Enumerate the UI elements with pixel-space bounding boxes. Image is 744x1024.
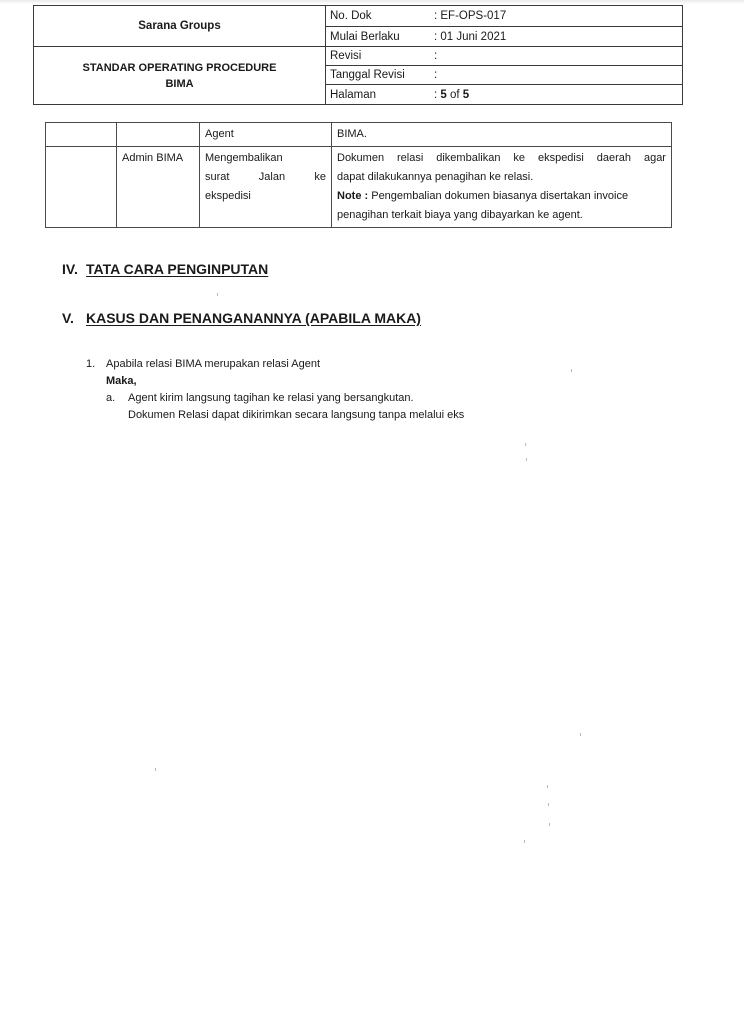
meta-value: : [426, 50, 437, 62]
description-note: Note : Pengembalian dokumen biasanya dis… [337, 187, 666, 206]
word: Jalan [259, 168, 285, 187]
action-letter: a. [106, 390, 128, 407]
word: daerah [597, 149, 631, 168]
scan-speck [580, 733, 581, 736]
action-continuation: Dokumen Relasi dapat dikirimkan secara l… [86, 407, 464, 424]
case-item: 1. Apabila relasi BIMA merupakan relasi … [86, 356, 464, 373]
word: relasi [397, 149, 423, 168]
case-list: 1. Apabila relasi BIMA merupakan relasi … [86, 356, 464, 424]
meta-label: Halaman [326, 89, 426, 101]
word: Dokumen [337, 149, 384, 168]
scan-speck [525, 443, 526, 446]
meta-value: : EF-OPS-017 [426, 10, 506, 22]
section-title: KASUS DAN PENANGANANNYA (APABILA MAKA) [86, 310, 421, 326]
meta-value: : [426, 69, 437, 81]
case-action: a. Agent kirim langsung tagihan ke relas… [86, 390, 464, 407]
word: agar [644, 149, 666, 168]
table-row: Admin BIMA Mengembalikan surat Jalan ke … [46, 147, 672, 228]
description-line: penagihan terkait biaya yang dibayarkan … [337, 206, 666, 225]
note-text: Pengembalian dokumen biasanya disertakan… [368, 190, 628, 202]
header-left-column: Sarana Groups STANDAR OPERATING PROCEDUR… [34, 6, 326, 104]
table-cell [46, 123, 117, 147]
page-of: of [447, 89, 463, 101]
scan-speck [155, 768, 156, 771]
scan-speck [217, 293, 218, 296]
total-pages: 5 [463, 89, 469, 101]
table-cell [46, 147, 117, 228]
section-heading-v: V. KASUS DAN PENANGANANNYA (APABILA MAKA… [62, 310, 421, 326]
table-cell-description: Dokumen relasi dikembalikan ke ekspedisi… [332, 147, 672, 228]
scan-speck [549, 823, 550, 826]
word: ke [314, 168, 326, 187]
scan-speck [571, 369, 572, 372]
action-text: Agent kirim langsung tagihan ke relasi y… [128, 390, 414, 407]
activity-line-justified: surat Jalan ke [205, 168, 326, 187]
document-title-line2: BIMA [165, 76, 193, 92]
description-line: dapat dilakukannya penagihan ke relasi. [337, 168, 666, 187]
meta-label: Revisi [326, 50, 426, 62]
meta-value: : 01 Juni 2021 [426, 31, 506, 43]
table-cell-activity: Mengembalikan surat Jalan ke ekspedisi [200, 147, 332, 228]
document-title-line1: STANDAR OPERATING PROCEDURE [83, 60, 277, 76]
scan-speck [524, 840, 525, 843]
header-meta-column: No. Dok : EF-OPS-017 Mulai Berlaku : 01 … [326, 6, 682, 104]
then-label: Maka, [106, 375, 137, 387]
meta-row-no-dok: No. Dok : EF-OPS-017 [326, 6, 682, 27]
word: ke [513, 149, 525, 168]
section-heading-iv: IV. TATA CARA PENGINPUTAN [62, 261, 268, 277]
section-number: V. [62, 310, 86, 326]
scan-edge-shadow [0, 0, 744, 4]
document-header-table: Sarana Groups STANDAR OPERATING PROCEDUR… [33, 5, 683, 105]
section-title: TATA CARA PENGINPUTAN [86, 261, 268, 277]
page-number: : 5 of 5 [426, 89, 469, 101]
word: ekspedisi [538, 149, 584, 168]
meta-label: No. Dok [326, 10, 426, 22]
activity-line: Mengembalikan [205, 149, 326, 168]
meta-label: Tanggal Revisi [326, 69, 426, 81]
meta-label: Mulai Berlaku [326, 31, 426, 43]
scan-speck [548, 803, 549, 806]
description-line-justified: Dokumen relasi dikembalikan ke ekspedisi… [337, 149, 666, 168]
case-condition: Apabila relasi BIMA merupakan relasi Age… [106, 356, 320, 373]
procedure-table: Agent BIMA. Admin BIMA Mengembalikan sur… [45, 122, 672, 228]
meta-row-revisi: Revisi : [326, 47, 682, 66]
case-then-label: Maka, [86, 373, 464, 390]
table-cell-actor: Agent [200, 123, 332, 147]
table-row: Agent BIMA. [46, 123, 672, 147]
table-cell [117, 123, 200, 147]
company-name: Sarana Groups [34, 6, 325, 47]
table-cell-pic: Admin BIMA [117, 147, 200, 228]
case-number: 1. [86, 356, 106, 373]
section-number: IV. [62, 261, 86, 277]
meta-row-halaman: Halaman : 5 of 5 [326, 85, 682, 104]
scan-speck [526, 458, 527, 461]
meta-row-mulai-berlaku: Mulai Berlaku : 01 Juni 2021 [326, 27, 682, 47]
document-title: STANDAR OPERATING PROCEDURE BIMA [34, 47, 325, 104]
table-cell-description: BIMA. [332, 123, 672, 147]
scan-speck [547, 785, 548, 788]
note-label: Note : [337, 190, 368, 202]
activity-line: ekspedisi [205, 187, 326, 206]
meta-row-tanggal-revisi: Tanggal Revisi : [326, 66, 682, 85]
word: dikembalikan [436, 149, 500, 168]
word: surat [205, 168, 229, 187]
